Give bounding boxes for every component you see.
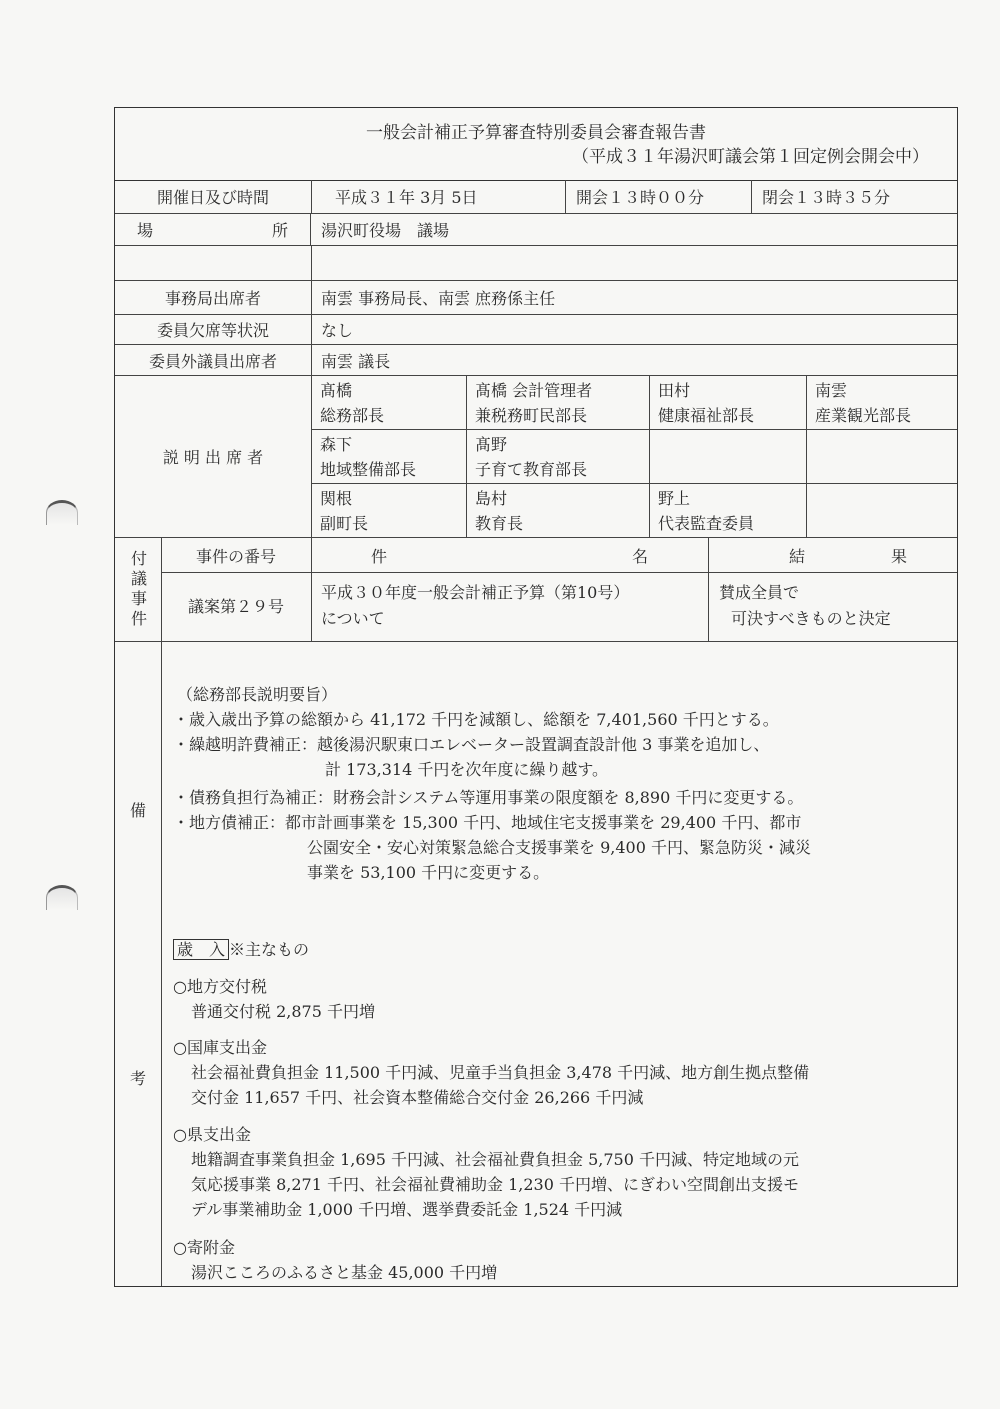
explainer-cell xyxy=(806,430,957,484)
punch-hole xyxy=(46,500,78,525)
row-absence: 委員欠席等状況 なし xyxy=(115,315,957,345)
open-time: 開会１３時００分 xyxy=(565,180,751,213)
remarks-intro: （総務部長説明要旨） xyxy=(177,682,337,707)
revenue-item-head: ○寄附金 xyxy=(173,1235,235,1260)
col-result-header: 結果 xyxy=(709,538,957,572)
row-blank xyxy=(115,246,957,281)
remarks-label-1: 備 xyxy=(115,798,161,821)
non-member-value: 南雲 議長 xyxy=(321,345,390,375)
label-absence: 委員欠席等状況 xyxy=(115,315,312,344)
place-value: 湯沢町役場 議場 xyxy=(321,214,449,245)
revenue-item-head: ○県支出金 xyxy=(173,1122,251,1147)
remarks-bullet: ・地方債補正：都市計画事業を 15,300 千円、地域住宅支援事業を 29,40… xyxy=(173,810,801,835)
revenue-item-line: 湯沢こころのふるさと基金 45,000 千円増 xyxy=(191,1260,497,1285)
explainer-cell: 髙野子育て教育部長 xyxy=(466,430,649,484)
revenue-item-line: 社会福祉費負担金 11,500 千円減、児童手当負担金 3,478 千円減、地方… xyxy=(191,1060,809,1085)
col-number-header: 事件の番号 xyxy=(161,538,312,572)
explainer-cell xyxy=(806,484,957,538)
remarks-bullet-cont: 公園安全・安心対策緊急総合支援事業を 9,400 千円、緊急防災・減災 xyxy=(307,835,811,860)
remarks-label-2: 考 xyxy=(115,1066,161,1089)
explainer-cell: 森下地域整備部長 xyxy=(311,430,466,484)
revenue-item-head: ○地方交付税 xyxy=(173,974,267,999)
case-result: 賛成全員で可決すべきものと決定 xyxy=(709,572,957,641)
remarks-bullet-cont: 事業を 53,100 千円に変更する。 xyxy=(307,860,549,885)
label-non-member: 委員外議員出席者 xyxy=(115,345,312,375)
revenue-item-line: 普通交付税 2,875 千円増 xyxy=(191,999,375,1024)
revenue-note: ※主なもの xyxy=(229,940,309,959)
row-non-member: 委員外議員出席者 南雲 議長 xyxy=(115,345,957,376)
revenue-heading: 歳 入※主なもの xyxy=(173,937,309,962)
label-place: 場 所 xyxy=(115,214,311,245)
absence-value: なし xyxy=(321,315,353,344)
revenue-box: 歳 入 xyxy=(173,939,229,960)
report-form: 一般会計補正予算審査特別委員会審査報告書 （平成３１年湯沢町議会第１回定例会開会… xyxy=(114,107,958,1287)
close-time: 閉会１３時３５分 xyxy=(751,180,957,213)
remarks-bullet: ・債務負担行為補正：財務会計システム等運用事業の限度額を 8,890 千円に変更… xyxy=(173,785,803,810)
case-row: 議案第２９号 平成３０年度一般会計補正予算（第10号）について 賛成全員で可決す… xyxy=(161,572,957,641)
remarks-bullet-cont: 計 173,314 千円を次年度に繰り越す。 xyxy=(325,757,608,782)
remarks-section: 備 考 （総務部長説明要旨） ・歳入歳出予算の総額から 41,172 千円を減額… xyxy=(115,642,957,1286)
label-secretariat: 事務局出席者 xyxy=(115,281,312,314)
row-cases: 付議事件 事件の番号 件名 結果 議案第２９号 平成３０年度一般会計補正予算（第… xyxy=(115,538,957,642)
row-date: 開催日及び時間 平成３１年 3月 5日 開会１３時００分 閉会１３時３５分 xyxy=(115,180,957,214)
explainer-cell: 島村教育長 xyxy=(466,484,649,538)
revenue-item-head: ○国庫支出金 xyxy=(173,1035,267,1060)
cases-side-label: 付議事件 xyxy=(115,538,162,641)
explainer-cell: 髙橋総務部長 xyxy=(311,376,466,430)
row-explainers: 説 明 出 席 者 髙橋総務部長 髙橋 会計管理者兼税務町民部長 田村健康福祉部… xyxy=(115,376,957,538)
remarks-bullet: ・歳入歳出予算の総額から 41,172 千円を減額し、総額を 7,401,560… xyxy=(173,707,779,732)
revenue-item-line: 交付金 11,657 千円、社会資本整備総合交付金 26,266 千円減 xyxy=(191,1085,643,1110)
explainer-cell: 関根副町長 xyxy=(311,484,466,538)
case-number: 議案第２９号 xyxy=(161,572,312,641)
explainer-cell xyxy=(649,430,806,484)
revenue-item-line: 地籍調査事業負担金 1,695 千円減、社会福祉費負担金 5,750 千円減、特… xyxy=(191,1147,799,1172)
label-explainers: 説 明 出 席 者 xyxy=(115,376,312,537)
label-date: 開催日及び時間 xyxy=(115,180,312,213)
revenue-item-line: デル事業補助金 1,000 千円増、選挙費委託金 1,524 千円減 xyxy=(191,1197,622,1222)
remarks-label-col: 備 考 xyxy=(115,642,162,1286)
label-blank xyxy=(115,246,312,280)
title-block: 一般会計補正予算審査特別委員会審査報告書 （平成３１年湯沢町議会第１回定例会開会… xyxy=(115,108,957,181)
meeting-date: 平成３１年 3月 5日 xyxy=(335,180,478,213)
label-place-1: 場 xyxy=(137,218,153,241)
col-name-header: 件名 xyxy=(311,538,709,572)
label-place-2: 所 xyxy=(272,218,288,241)
report-title: 一般会計補正予算審査特別委員会審査報告書 xyxy=(115,118,957,143)
secretariat-value: 南雲 事務局長、南雲 庶務係主任 xyxy=(321,281,555,314)
case-name: 平成３０年度一般会計補正予算（第10号）について xyxy=(311,572,709,641)
cases-header: 事件の番号 件名 結果 xyxy=(161,538,957,573)
explainer-cell: 野上代表監査委員 xyxy=(649,484,806,538)
remarks-bullet: ・繰越明許費補正：越後湯沢駅東口エレベーター設置調査設計他 3 事業を追加し、 xyxy=(173,732,769,757)
explainer-cell: 南雲産業観光部長 xyxy=(806,376,957,430)
revenue-item-line: 気応援事業 8,271 千円、社会福祉費補助金 1,230 千円増、にぎわい空間… xyxy=(191,1172,799,1197)
punch-hole xyxy=(46,885,78,910)
row-secretariat: 事務局出席者 南雲 事務局長、南雲 庶務係主任 xyxy=(115,281,957,315)
report-subtitle: （平成３１年湯沢町議会第１回定例会開会中） xyxy=(572,142,929,167)
row-place: 場 所 湯沢町役場 議場 xyxy=(115,214,957,246)
explainer-cell: 田村健康福祉部長 xyxy=(649,376,806,430)
explainer-cell: 髙橋 会計管理者兼税務町民部長 xyxy=(466,376,649,430)
